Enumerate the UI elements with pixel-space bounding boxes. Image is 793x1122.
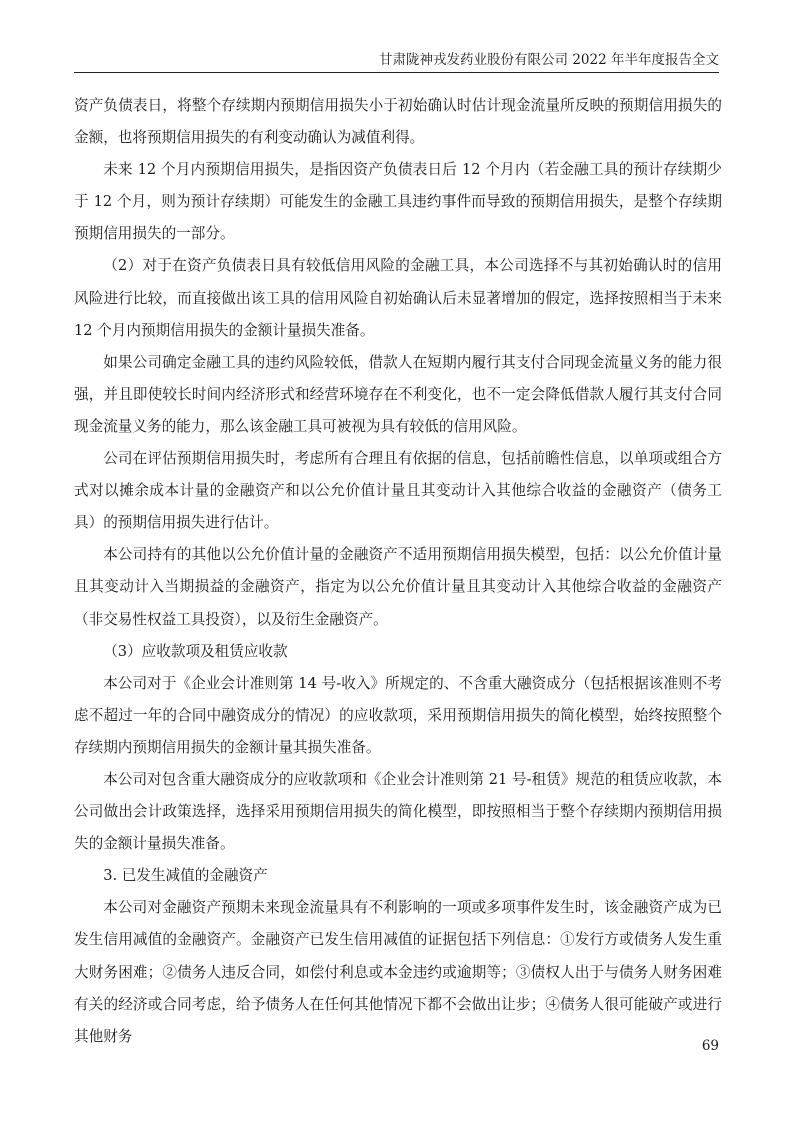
paragraph: 本公司对包含重大融资成分的应收款项和《企业会计准则第 21 号-租赁》规范的租赁…	[74, 764, 722, 860]
paragraph: 未来 12 个月内预期信用损失，是指因资产负债表日后 12 个月内（若金融工具的…	[74, 154, 722, 250]
paragraph: 本公司持有的其他以公允价值计量的金融资产不适用预期信用损失模型，包括：以公允价值…	[74, 539, 722, 635]
paragraph: 如果公司确定金融工具的违约风险较低，借款人在短期内履行其支付合同现金流量义务的能…	[74, 347, 722, 443]
header-title: 甘肃陇神戎发药业股份有限公司 2022 年半年度报告全文	[379, 52, 719, 68]
paragraph: 本公司对金融资产预期未来现金流量具有不利影响的一项或多项事件发生时，该金融资产成…	[74, 892, 722, 1052]
page-header: 甘肃陇神戎发药业股份有限公司 2022 年半年度报告全文	[74, 50, 719, 73]
page-number: 69	[702, 1038, 719, 1054]
paragraph: 公司在评估预期信用损失时，考虑所有合理且有依据的信息，包括前瞻性信息，以单项或组…	[74, 443, 722, 539]
section-heading: 3. 已发生减值的金融资产	[74, 860, 722, 892]
paragraph: （2）对于在资产负债表日具有较低信用风险的金融工具，本公司选择不与其初始确认时的…	[74, 250, 722, 346]
page-footer: 69	[74, 1038, 719, 1054]
paragraph: 资产负债表日，将整个存续期内预期信用损失小于初始确认时估计现金流量所反映的预期信…	[74, 90, 722, 154]
paragraph: 本公司对于《企业会计准则第 14 号-收入》所规定的、不含重大融资成分（包括根据…	[74, 668, 722, 764]
document-body: 资产负债表日，将整个存续期内预期信用损失小于初始确认时估计现金流量所反映的预期信…	[74, 90, 722, 1053]
section-heading: （3）应收款项及租赁应收款	[74, 636, 722, 668]
